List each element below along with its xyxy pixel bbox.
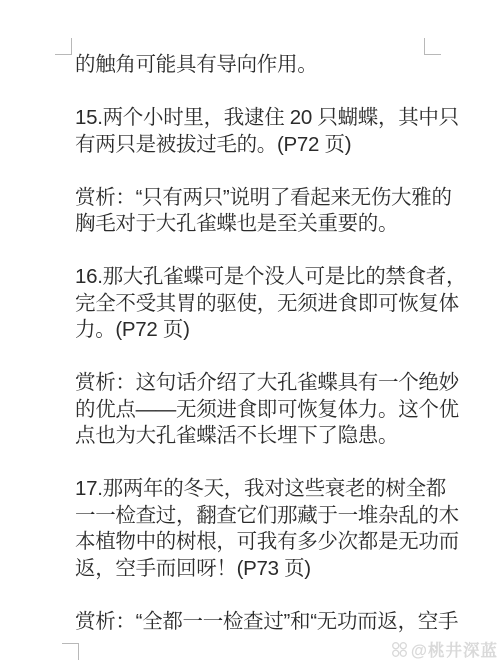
text-line: 16.那大孔雀蝶可是个没人可是比的禁食者，: [75, 264, 467, 291]
text-line: 赏析：“只有两只”说明了看起来无伤大雅的: [75, 185, 467, 212]
text-line: 17.那两年的冬天，我对这些衰老的树全都: [75, 476, 467, 503]
paragraph: 15.两个小时里，我逮住 20 只蝴蝶，其中只有两只是被拔过毛的。(P72 页): [75, 105, 467, 158]
paragraph: 的触角可能具有导向作用。: [75, 52, 467, 79]
text-line: 赏析：“全都一一检查过”和“无功而返，空手: [75, 609, 467, 636]
text-line: 完全不受其胃的驱使，无须进食即可恢复体: [75, 291, 467, 318]
text-line: 15.两个小时里，我逮住 20 只蝴蝶，其中只: [75, 105, 467, 132]
document-body: 的触角可能具有导向作用。15.两个小时里，我逮住 20 只蝴蝶，其中只有两只是被…: [75, 52, 467, 662]
watermark-text: @桃井深蓝: [411, 637, 498, 661]
text-line: 本植物中的树根，可我有多少次都是无功而: [75, 529, 467, 556]
margin-crop-mark-top-left: [55, 38, 72, 55]
text-line: 一一检查过，翻查它们那藏于一堆杂乱的木: [75, 503, 467, 530]
paragraph: 赏析：“只有两只”说明了看起来无伤大雅的胸毛对于大孔雀蝶也是至关重要的。: [75, 185, 467, 238]
text-line: 赏析：这句话介绍了大孔雀蝶具有一个绝妙: [75, 370, 467, 397]
watermark-logo-icon: [391, 641, 408, 658]
text-line: 返，空手而回呀！(P73 页): [75, 556, 467, 583]
text-line: 的优点——无须进食即可恢复体力。这个优: [75, 397, 467, 424]
text-line: 有两只是被拔过毛的。(P72 页): [75, 132, 467, 159]
paragraph: 赏析：“全都一一检查过”和“无功而返，空手: [75, 609, 467, 636]
watermark: @桃井深蓝: [391, 637, 498, 661]
text-line: 的触角可能具有导向作用。: [75, 52, 467, 79]
paragraph: 赏析：这句话介绍了大孔雀蝶具有一个绝妙的优点——无须进食即可恢复体力。这个优点也…: [75, 370, 467, 450]
document-page: 的触角可能具有导向作用。15.两个小时里，我逮住 20 只蝴蝶，其中只有两只是被…: [0, 0, 500, 666]
text-line: 点也为大孔雀蝶活不长埋下了隐患。: [75, 423, 467, 450]
text-line: 力。(P72 页): [75, 317, 467, 344]
paragraph: 16.那大孔雀蝶可是个没人可是比的禁食者，完全不受其胃的驱使，无须进食即可恢复体…: [75, 264, 467, 344]
text-line: 胸毛对于大孔雀蝶也是至关重要的。: [75, 211, 467, 238]
paragraph: 17.那两年的冬天，我对这些衰老的树全都一一检查过，翻查它们那藏于一堆杂乱的木本…: [75, 476, 467, 582]
